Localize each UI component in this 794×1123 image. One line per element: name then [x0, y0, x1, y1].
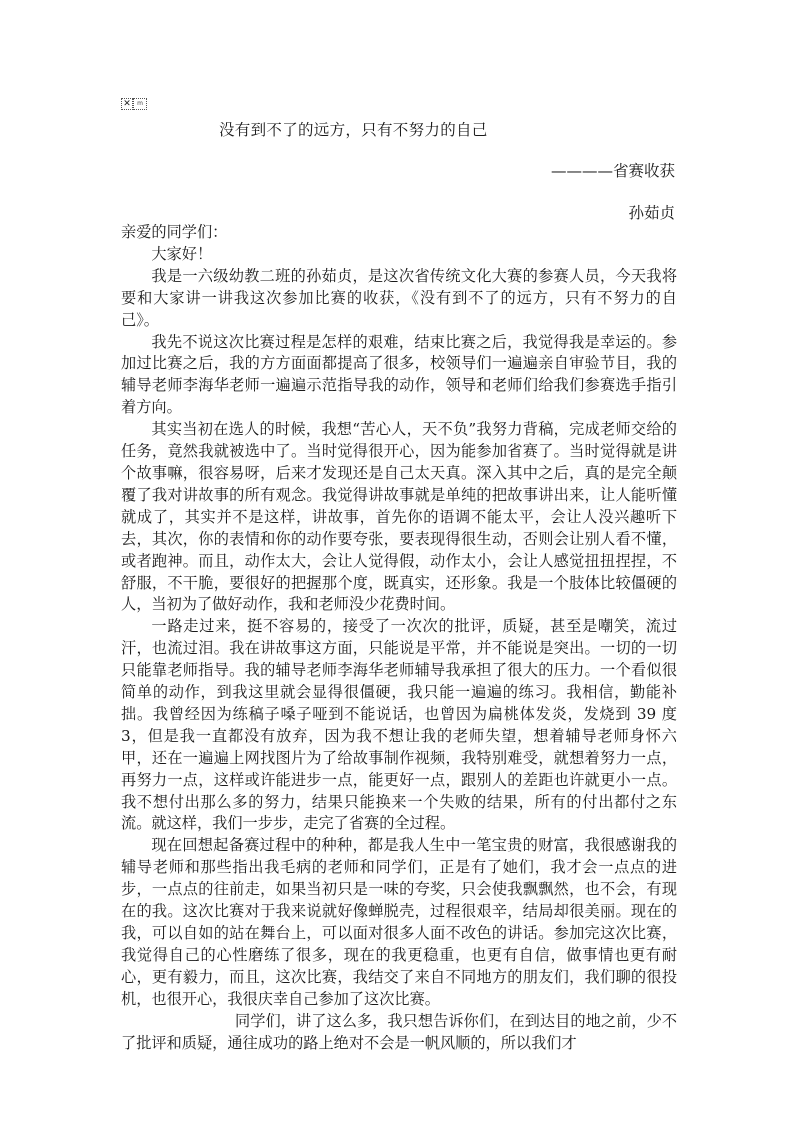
paragraph: 一路走过来，挺不容易的，接受了一次次的批评，质疑，甚至是嘲笑，流过汗，也流过泪。… — [121, 616, 677, 835]
document-subtitle: ————省赛收获 — [551, 159, 675, 181]
broken-image-icon: ✕ — [121, 98, 133, 110]
paragraph: 大家好！ — [121, 244, 677, 266]
paragraph: 同学们，讲了这么多，我只想告诉你们，在到达目的地之前，少不了批评和质疑，通往成功… — [121, 1011, 677, 1055]
broken-image-placeholder: ✕ m — [121, 98, 147, 110]
document-title: 没有到不了的远方，只有不努力的自己 — [219, 118, 488, 140]
image-label-icon: m — [133, 98, 147, 110]
paragraph: 我是一六级幼教二班的孙茹贞，是这次省传统文化大赛的参赛人员，今天我将要和大家讲一… — [121, 266, 677, 332]
paragraph: 现在回想起备赛过程中的种种，都是我人生中一笔宝贵的财富，我很感谢我的辅导老师和那… — [121, 835, 677, 1010]
paragraph: 我先不说这次比赛过程是怎样的艰难，结束比赛之后，我觉得我是幸运的。参加过比赛之后… — [121, 332, 677, 420]
document-author: 孙茹贞 — [628, 201, 675, 223]
salutation: 亲爱的同学们： — [121, 222, 677, 244]
document-body: 亲爱的同学们： 大家好！ 我是一六级幼教二班的孙茹贞，是这次省传统文化大赛的参赛… — [121, 222, 677, 1054]
paragraph: 其实当初在选人的时候，我想“苦心人，天不负”我努力背稿，完成老师交给的任务，竟然… — [121, 419, 677, 616]
